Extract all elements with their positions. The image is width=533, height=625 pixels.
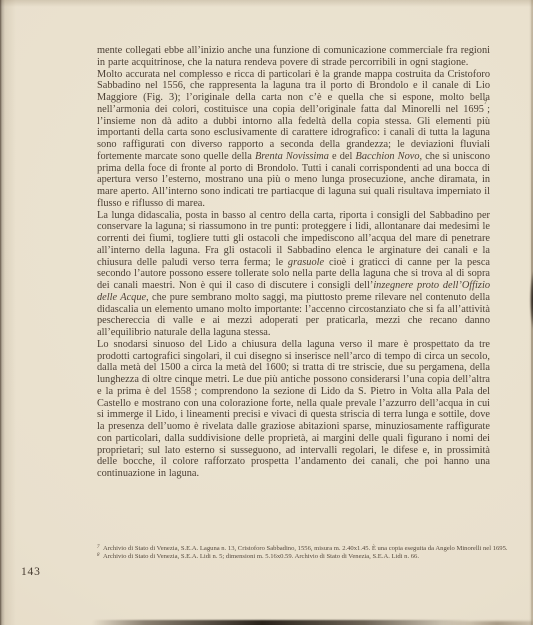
paragraph-2: Molto accurata nel complesso e ricca di … — [97, 69, 490, 210]
footnote-8-text: Archivio di Stato di Venezia, S.E.A. Lid… — [103, 553, 419, 560]
footnotes: 7Archivio di Stato di Venezia, S.E.A. La… — [97, 545, 509, 562]
book-page-scan: mente collegati ebbe all’inizio anche un… — [0, 0, 533, 625]
footnote-8: 8Archivio di Stato di Venezia, S.E.A. Li… — [97, 553, 509, 561]
scan-artifact-blob — [528, 266, 533, 334]
paragraph-4: Lo snodarsi sinuoso del Lido a chiusura … — [97, 339, 490, 480]
paragraph-3: La lunga didascalia, posta in basso al c… — [97, 210, 490, 339]
page-bottom-edge-shadow — [92, 620, 470, 625]
footnote-7: 7Archivio di Stato di Venezia, S.E.A. La… — [97, 545, 509, 553]
paragraph-1: mente collegati ebbe all’inizio anche un… — [97, 45, 490, 69]
footnote-7-text: Archivio di Stato di Venezia, S.E.A. Lag… — [103, 545, 508, 552]
body-text: mente collegati ebbe all’inizio anche un… — [97, 45, 490, 480]
footnote-7-marker: 7 — [97, 545, 103, 550]
page-bottom-right-shadow — [443, 621, 533, 625]
page-number: 143 — [21, 566, 41, 578]
footnote-8-marker: 8 — [97, 553, 103, 558]
